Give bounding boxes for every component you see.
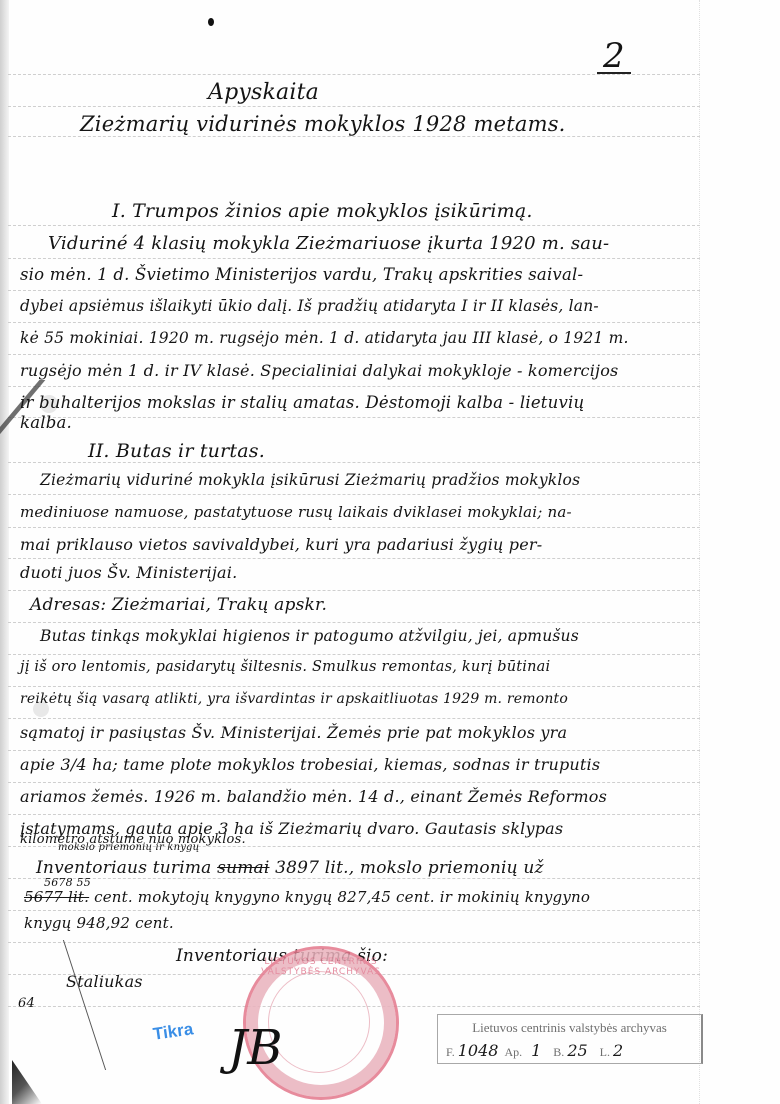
inventory-line-2: 5677 lit. cent. mokytojų knygyno knygų 8… — [24, 888, 590, 906]
section2-line: mediniuose namuose, pastatytuose rusų la… — [20, 503, 572, 521]
section1-line: kalba. — [20, 413, 72, 432]
section2-line: mai priklauso vietos savivaldybei, kuri … — [20, 535, 542, 554]
ap-value: 1 — [531, 1041, 541, 1060]
section2-line: Zieżmarių viduriné mokykla įsikūrusi Zie… — [40, 471, 580, 489]
document-subtitle: Zieżmarių vidurinės mokyklos 1928 metams… — [80, 112, 566, 136]
ruled-line — [8, 654, 700, 655]
section2-line: reikėtų šią vasarą atlikti, yra išvardin… — [20, 691, 568, 707]
ruled-line — [8, 417, 700, 418]
section1-line: dybei apsiėmus išlaikyti ūkio dalį. Iš p… — [20, 297, 599, 315]
ruled-line — [8, 814, 700, 815]
inventory-line1-struck: sumai — [217, 858, 269, 878]
ruled-line — [8, 494, 700, 495]
ruled-line — [8, 136, 700, 137]
ruled-line — [8, 750, 700, 751]
address-line: Adresas: Zieżmariai, Trakų apskr. — [30, 595, 327, 615]
paper-fold — [0, 940, 106, 1070]
b-label: B. — [553, 1045, 564, 1059]
section2-line: Butas tinkąs mokyklai higienos ir patogu… — [40, 627, 579, 645]
inventory-line1-start: Inventoriaus turima — [36, 858, 212, 878]
page-left-edge — [0, 0, 9, 1104]
ruled-line — [8, 622, 700, 623]
fond-value: 1048 — [458, 1041, 499, 1060]
archive-reference: F. 1048 Ap. 1 B. 25 L. 2 — [446, 1041, 696, 1060]
b-value: 25 — [567, 1041, 587, 1060]
section2-line: jį iš oro lentomis, pasidarytų šiltesnis… — [20, 659, 550, 675]
section2-line: apie 3/4 ha; tame plote mokyklos trobesi… — [20, 755, 600, 774]
ruled-line — [8, 558, 700, 559]
inventory-line2-struck: 5677 lit. — [24, 888, 89, 906]
archive-reference-box: Lietuvos centrinis valstybės archyvas F.… — [437, 1014, 703, 1064]
ruled-line — [8, 106, 700, 107]
ruled-line — [8, 322, 700, 323]
l-label: L. — [600, 1045, 610, 1059]
ink-dot — [208, 18, 214, 26]
ruled-line — [8, 225, 700, 226]
certification-stamp: Tikra — [152, 1019, 195, 1044]
stamp-emblem — [268, 971, 370, 1073]
ruled-line — [8, 686, 700, 687]
section2-line: sąmatoj ir pasiųstas Šv. Ministerijai. Ž… — [20, 723, 567, 742]
inventory-line2-end: cent. mokytojų knygyno knygų 827,45 cent… — [94, 888, 590, 906]
section2-heading: II. Butas ir turtas. — [88, 440, 265, 462]
ruled-line — [8, 74, 700, 75]
ruled-line — [8, 718, 700, 719]
inventory-line-3: knygų 948,92 cent. — [24, 914, 174, 932]
fond-label: F. — [446, 1045, 455, 1059]
ruled-line — [8, 527, 700, 528]
section1-line: ir buhalterijos mokslas ir stalių amatas… — [20, 393, 584, 412]
inventory-line-1: Inventoriaus turima sumai 3897 lit., mok… — [36, 858, 544, 878]
ruled-line — [8, 782, 700, 783]
inventory-line1-end: 3897 lit., mokslo priemonių už — [275, 858, 544, 878]
ap-label: Ap. — [504, 1045, 522, 1059]
document-title: Apyskaita — [208, 80, 319, 105]
insert-note: mokslo priemonių ir knygų — [58, 842, 199, 853]
section2-line: ariamos žemės. 1926 m. balandžio mėn. 14… — [20, 787, 607, 806]
section1-line: kė 55 mokiniai. 1920 m. rugsėjo mėn. 1 d… — [20, 329, 629, 347]
l-value: 2 — [613, 1041, 623, 1060]
signature: JB — [228, 1020, 283, 1076]
ruled-line — [8, 354, 700, 355]
section1-line: sio mėn. 1 d. Švietimo Ministerijos vard… — [20, 265, 583, 284]
archive-name: Lietuvos centrinis valstybės archyvas — [438, 1020, 701, 1036]
section1-line: Viduriné 4 klasių mokykla Zieżmariuose į… — [48, 233, 609, 254]
ruled-line — [8, 590, 700, 591]
margin-line — [699, 0, 700, 1104]
ruled-line — [8, 878, 700, 879]
ruled-line — [8, 910, 700, 911]
stamp-text: LIETUVOS CENTRINIS VALSTYBĖS ARCHYVAS — [246, 957, 396, 977]
ruled-line — [8, 290, 700, 291]
page-number: 2 — [597, 40, 631, 74]
ruled-line — [8, 942, 700, 943]
ruled-line — [8, 258, 700, 259]
section1-line: rugsėjo mėn 1 d. ir IV klasė. Specialini… — [20, 361, 618, 380]
document-page: 2 Apyskaita Zieżmarių vidurinės mokyklos… — [0, 0, 780, 1104]
section2-line: duoti juos Šv. Ministerijai. — [20, 563, 237, 582]
ruled-line — [8, 386, 700, 387]
section1-heading: I. Trumpos žinios apie mokyklos įsikūrim… — [112, 200, 533, 222]
ruled-line — [8, 462, 700, 463]
